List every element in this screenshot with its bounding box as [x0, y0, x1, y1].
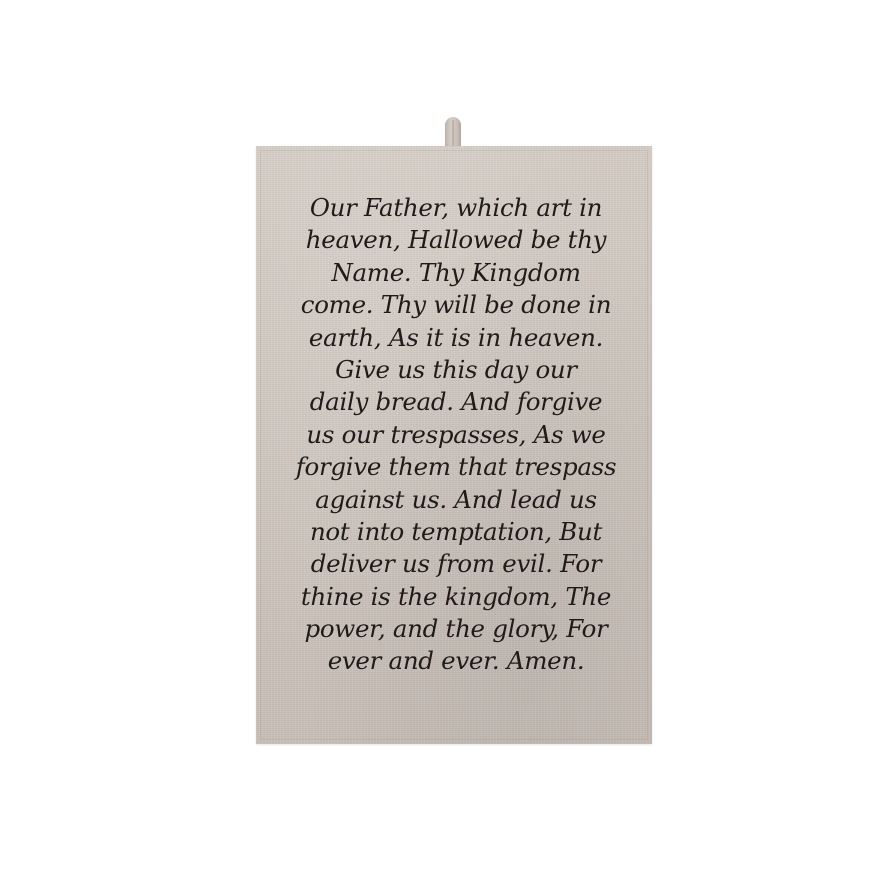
prayer-line: deliver us from evil. For — [274, 548, 638, 580]
tea-towel: Our Father, which art in heaven, Hallowe… — [256, 146, 652, 744]
prayer-line: earth, As it is in heaven. — [274, 322, 638, 354]
prayer-line: ever and ever. Amen. — [274, 645, 638, 677]
hanging-loop — [445, 117, 461, 149]
prayer-line: us our trespasses, As we — [274, 419, 638, 451]
prayer-line: heaven, Hallowed be thy — [274, 224, 638, 256]
prayer-line: Our Father, which art in — [274, 192, 638, 224]
prayer-line: against us. And lead us — [274, 484, 638, 516]
prayer-line: Give us this day our — [274, 354, 638, 386]
prayer-line: Name. Thy Kingdom — [274, 257, 638, 289]
prayer-line: daily bread. And forgive — [274, 386, 638, 418]
prayer-line: forgive them that trespass — [274, 451, 638, 483]
prayer-line: thine is the kingdom, The — [274, 581, 638, 613]
prayer-line: power, and the glory, For — [274, 613, 638, 645]
prayer-line: not into temptation, But — [274, 516, 638, 548]
prayer-line: come. Thy will be done in — [274, 289, 638, 321]
lords-prayer-text: Our Father, which art in heaven, Hallowe… — [274, 192, 638, 678]
